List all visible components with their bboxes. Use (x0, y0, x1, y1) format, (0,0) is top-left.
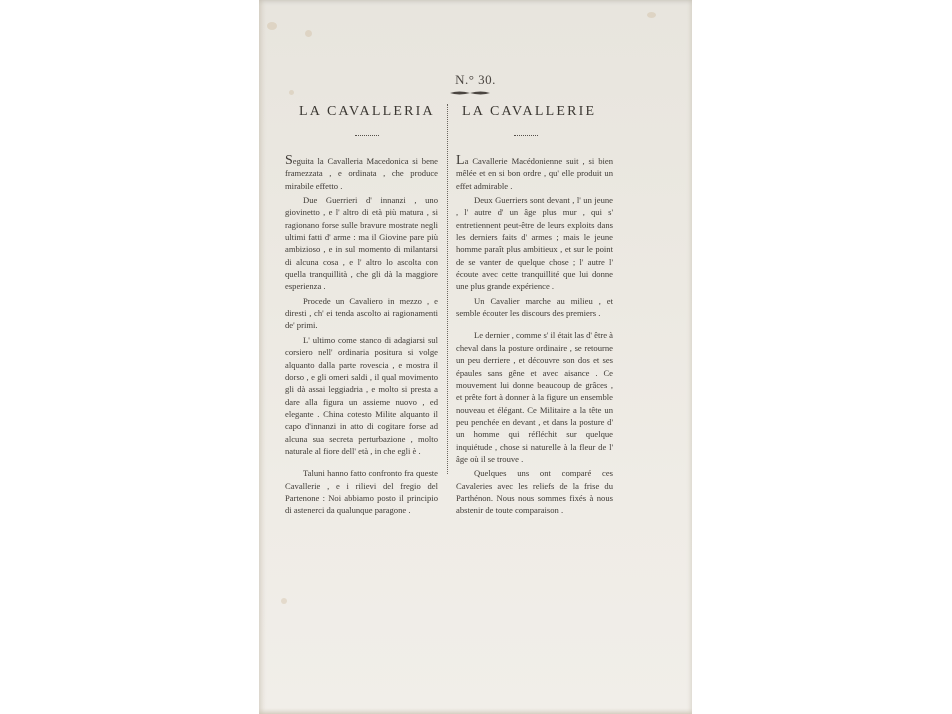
column-divider (447, 104, 448, 474)
drop-cap: S (285, 153, 293, 168)
title-rule-left (355, 135, 379, 136)
french-column: La Cavallerie Macédonienne suit , si bie… (456, 155, 613, 519)
foxing-spot (647, 12, 656, 18)
foxing-spot (281, 598, 287, 604)
italian-title: LA CAVALLERIA (299, 104, 435, 120)
paragraph: La Cavallerie Macédonienne suit , si bie… (456, 155, 613, 192)
paragraph: Taluni hanno fatto confronto fra queste … (285, 467, 438, 516)
page-number: N.° 30. (259, 72, 692, 88)
paragraph: Procede un Cavaliero in mezzo , e direst… (285, 295, 438, 332)
drop-cap: L (456, 153, 465, 168)
paragraph: Seguita la Cavalleria Macedonica si bene… (285, 155, 438, 192)
foxing-spot (289, 90, 294, 95)
foxing-spot (305, 30, 312, 37)
foxing-spot (267, 22, 277, 30)
paragraph: L' ultimo come stanco di adagiarsi sul c… (285, 334, 438, 457)
french-title: LA CAVALLERIE (462, 104, 596, 120)
document-page: N.° 30. LA CAVALLERIA LA CAVALLERIE Segu… (259, 0, 692, 714)
paragraph: Quelques uns ont comparé ces Cavaleries … (456, 467, 613, 516)
paragraph: Le dernier , comme s' il était las d' êt… (456, 329, 613, 465)
ornament-flourish-icon (449, 90, 491, 96)
paragraph: Deux Guerriers sont devant , l' un jeune… (456, 194, 613, 293)
paragraph: Un Cavalier marche au milieu , et semble… (456, 295, 613, 320)
paragraph: Due Guerrieri d' innanzi , uno giovinett… (285, 194, 438, 293)
title-rule-right (514, 135, 538, 136)
italian-column: Seguita la Cavalleria Macedonica si bene… (285, 155, 438, 519)
